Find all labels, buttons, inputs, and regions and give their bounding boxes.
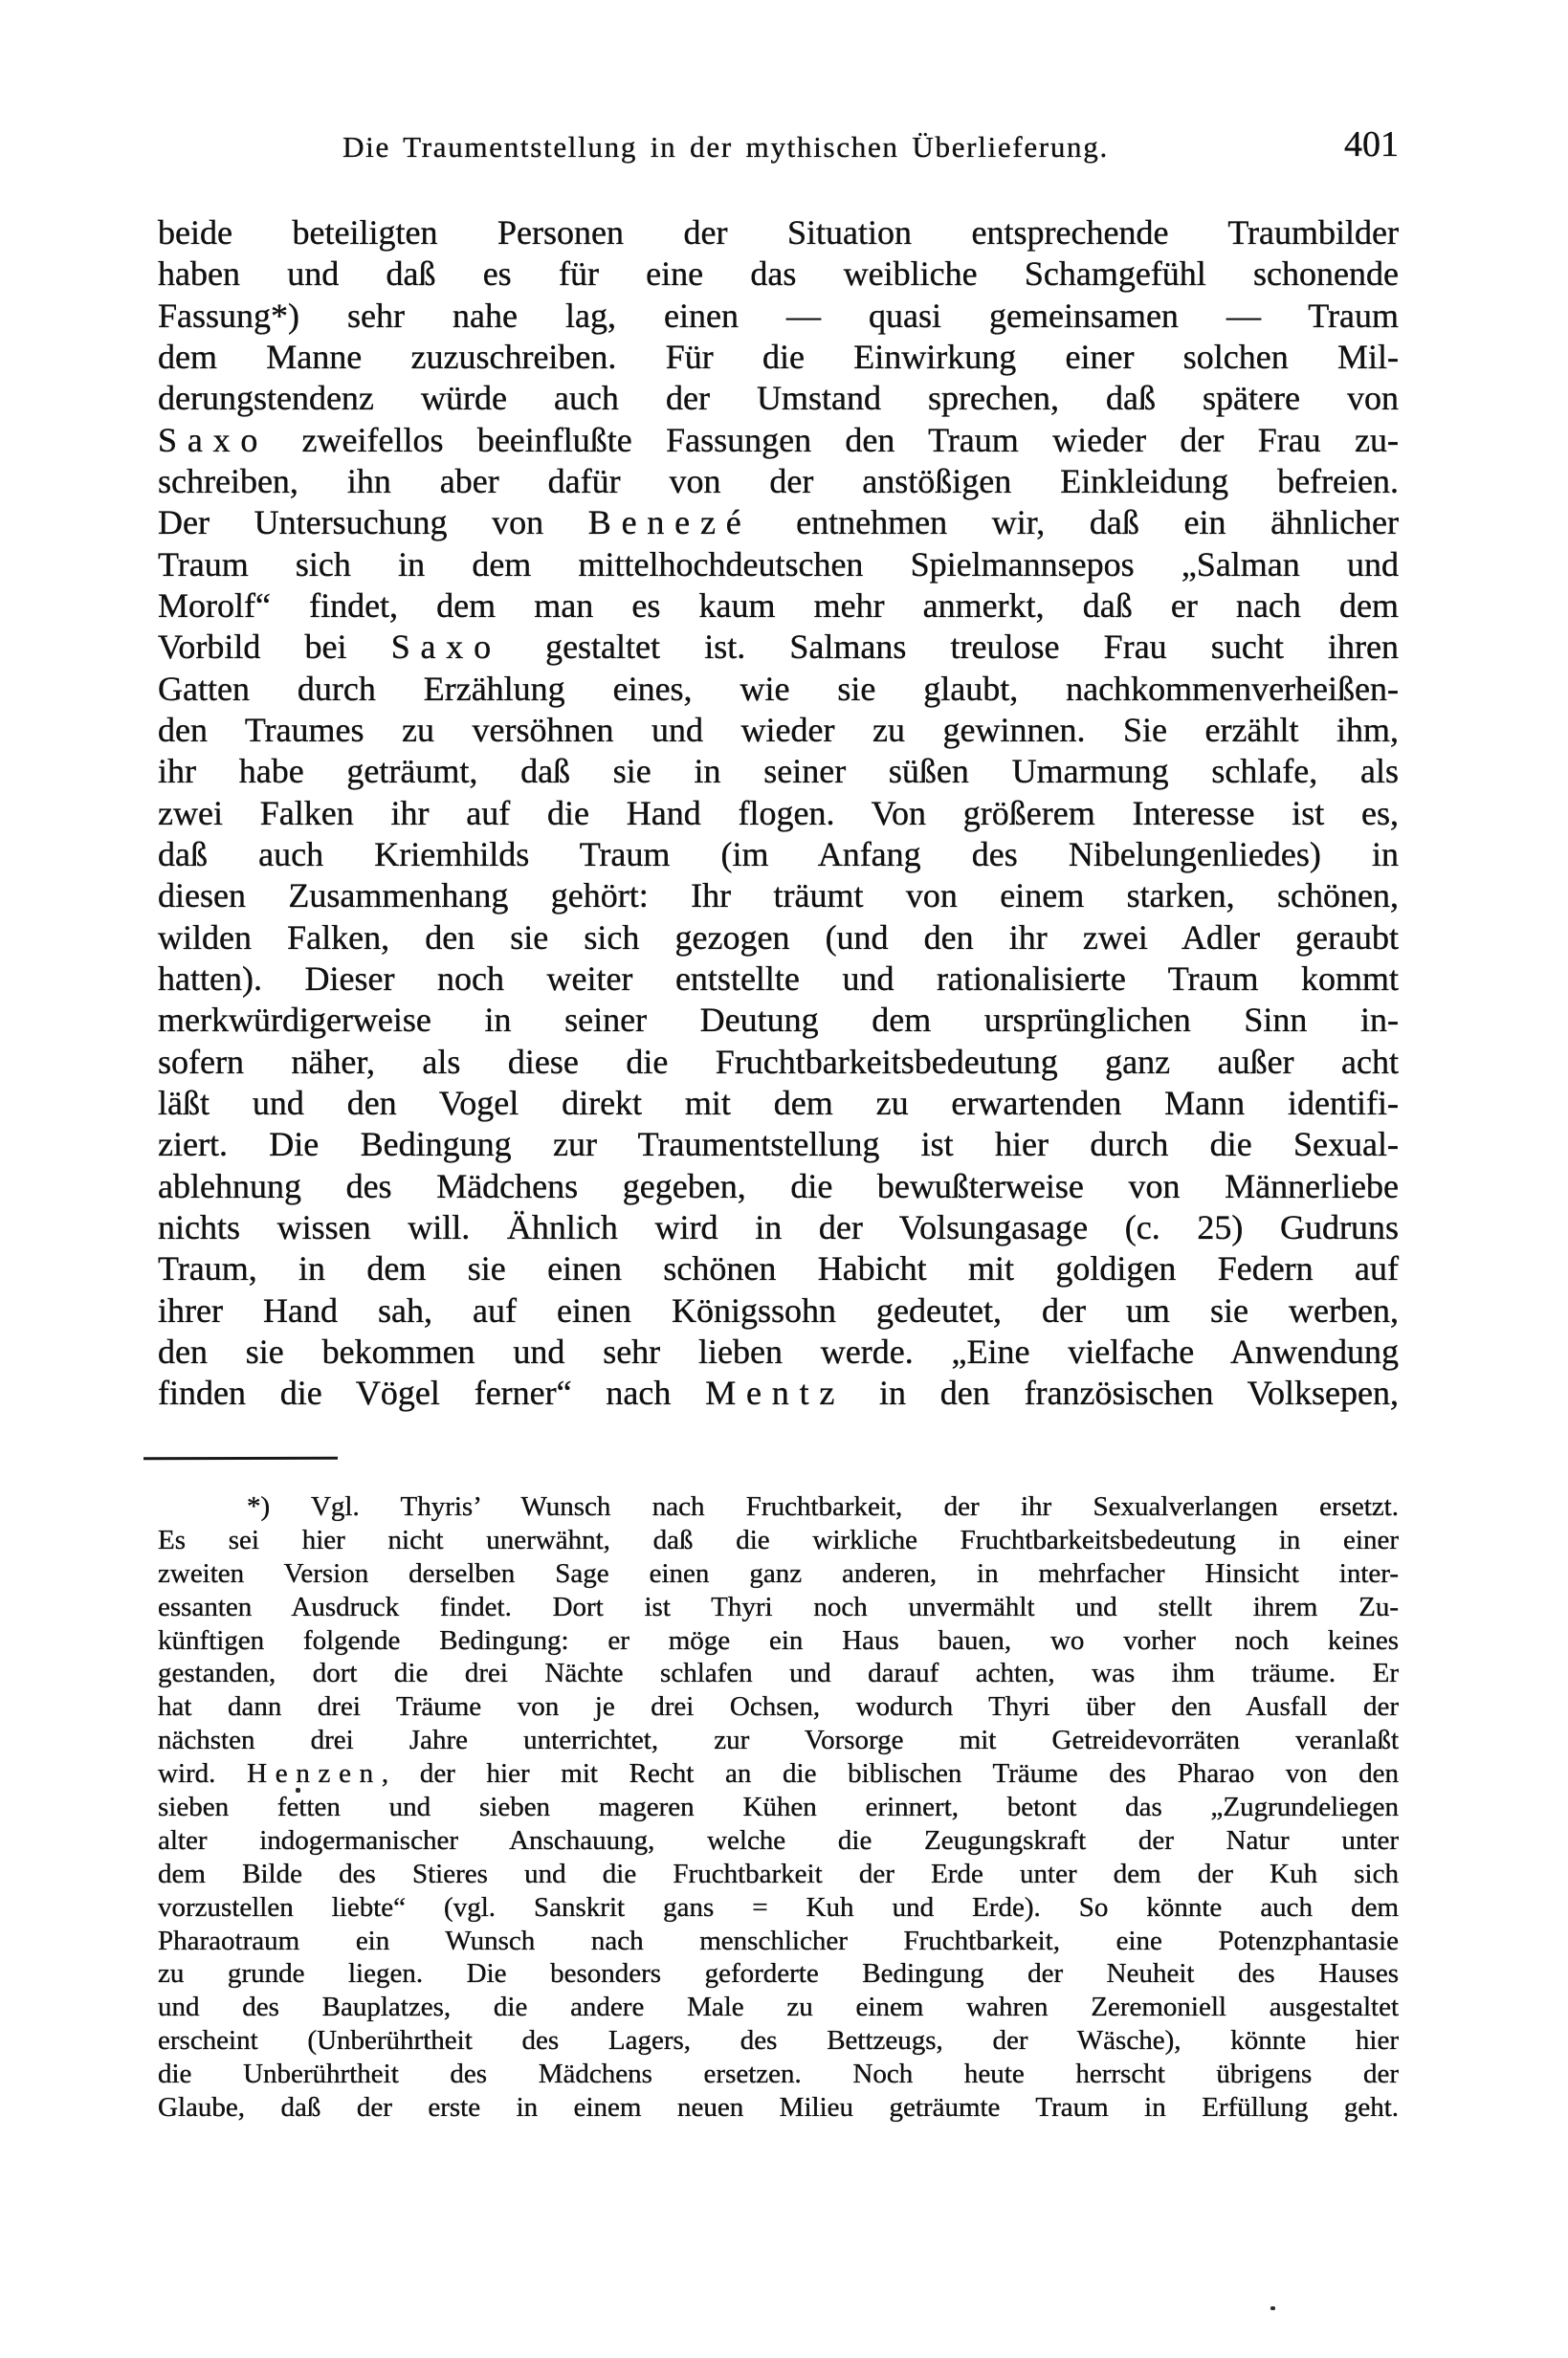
body-text-line: sofern näher, als diese die Fruchtbarkei… — [158, 1042, 1399, 1083]
footnote-text-line: hat dann drei Träume von je drei Ochsen,… — [158, 1690, 1399, 1724]
body-text-line: ablehnung des Mädchens gegeben, die bewu… — [158, 1166, 1399, 1207]
body-text-line: ihrer Hand sah, auf einen Königssohn ged… — [158, 1290, 1399, 1332]
footnote-text-line: gestanden, dort die drei Nächte schlafen… — [158, 1657, 1399, 1690]
page-number: 401 — [1344, 123, 1399, 165]
body-text-line: beide beteiligten Personen der Situation… — [158, 212, 1399, 253]
footnote-text-line: sieben fetten und sieben mageren Kühen e… — [158, 1791, 1399, 1824]
body-text-line: Saxo zweifellos beeinflußte Fassungen de… — [158, 420, 1399, 461]
body-text-line: finden die Vögel ferner“ nach Mentz in d… — [158, 1373, 1399, 1414]
footnote-text-line: Pharaotraum ein Wunsch nach menschlicher… — [158, 1925, 1399, 1958]
scan-speck — [1270, 2306, 1275, 2310]
page-header: Die Traumentstellung in der mythischen Ü… — [158, 126, 1399, 168]
body-text-line: Traum sich in dem mittelhochdeutschen Sp… — [158, 544, 1399, 585]
body-text-line: läßt und den Vogel direkt mit dem zu erw… — [158, 1083, 1399, 1124]
document-page: Die Traumentstellung in der mythischen Ü… — [0, 0, 1568, 2358]
footnote-text-line: zu grunde liegen. Die besonders geforder… — [158, 1957, 1399, 1991]
footnote-text-line: künftigen folgende Bedingung: er möge ei… — [158, 1624, 1399, 1658]
body-text-line: merkwürdigerweise in seiner Deutung dem … — [158, 1000, 1399, 1041]
body-text-line: Fassung*) sehr nahe lag, einen — quasi g… — [158, 296, 1399, 337]
body-text-line: Der Untersuchung von Benezé entnehmen wi… — [158, 502, 1399, 543]
footnote-text-line: zweiten Version derselben Sage einen gan… — [158, 1557, 1399, 1591]
footnote-text-line: essanten Ausdruck findet. Dort ist Thyri… — [158, 1591, 1399, 1624]
body-text-line: daß auch Kriemhilds Traum (im Anfang des… — [158, 834, 1399, 875]
footnote-text-line: nächsten drei Jahre unterrichtet, zur Vo… — [158, 1724, 1399, 1757]
body-text-line: zwei Falken ihr auf die Hand flogen. Von… — [158, 793, 1399, 834]
body-text-line: Vorbild bei Saxo gestaltet ist. Salmans … — [158, 627, 1399, 668]
footnote-text-line: erscheint (Unberührtheit des Lagers, des… — [158, 2024, 1399, 2058]
body-text-line: haben und daß es für eine das weibliche … — [158, 253, 1399, 295]
footnote-text-line: dem Bilde des Stieres und die Fruchtbark… — [158, 1858, 1399, 1891]
body-text-line: Traum, in dem sie einen schönen Habicht … — [158, 1248, 1399, 1289]
body-text-line: hatten). Dieser noch weiter entstellte u… — [158, 959, 1399, 1000]
running-title: Die Traumentstellung in der mythischen Ü… — [158, 130, 1293, 165]
body-text-line: diesen Zusammenhang gehört: Ihr träumt v… — [158, 875, 1399, 916]
footnote-text-line: vorzustellen liebte“ (vgl. Sanskrit gans… — [158, 1891, 1399, 1925]
body-text-line: den sie bekommen und sehr lieben werde. … — [158, 1332, 1399, 1373]
body-text-line: schreiben, ihn aber dafür von der anstöß… — [158, 461, 1399, 502]
body-text-line: dem Manne zuzuschreiben. Für die Einwirk… — [158, 337, 1399, 378]
body-text-line: nichts wissen will. Ähnlich wird in der … — [158, 1207, 1399, 1248]
footnote-text-line: *) Vgl. Thyris’ Wunsch nach Fruchtbarkei… — [158, 1490, 1399, 1524]
main-text-block: beide beteiligten Personen der Situation… — [158, 212, 1399, 1415]
footnote-text-line: Es sei hier nicht unerwähnt, daß die wir… — [158, 1524, 1399, 1557]
footnote-text-line: alter indogermanischer Anschauung, welch… — [158, 1824, 1399, 1858]
body-text-line: ziert. Die Bedingung zur Traumentstellun… — [158, 1124, 1399, 1165]
footnote-separator — [144, 1457, 338, 1461]
scan-speck — [296, 1788, 300, 1793]
footnote-text-line: Glaube, daß der erste in einem neuen Mil… — [158, 2091, 1399, 2125]
body-text-line: Morolf“ findet, dem man es kaum mehr anm… — [158, 585, 1399, 627]
body-text-line: Gatten durch Erzählung eines, wie sie gl… — [158, 669, 1399, 710]
text-column: Die Traumentstellung in der mythischen Ü… — [158, 0, 1399, 2358]
footnote-block: *) Vgl. Thyris’ Wunsch nach Fruchtbarkei… — [158, 1490, 1399, 2125]
body-text-line: ihr habe geträumt, daß sie in seiner süß… — [158, 751, 1399, 792]
footnote-text-line: die Unberührtheit des Mädchens ersetzen.… — [158, 2058, 1399, 2091]
body-text-line: den Traumes zu versöhnen und wieder zu g… — [158, 710, 1399, 751]
footnote-text-line: wird. Henzen, der hier mit Recht an die … — [158, 1757, 1399, 1791]
footnote-text-line: und des Bauplatzes, die andere Male zu e… — [158, 1991, 1399, 2024]
body-text-line: wilden Falken, den sie sich gezogen (und… — [158, 917, 1399, 959]
body-text-line: derungstendenz würde auch der Umstand sp… — [158, 378, 1399, 419]
